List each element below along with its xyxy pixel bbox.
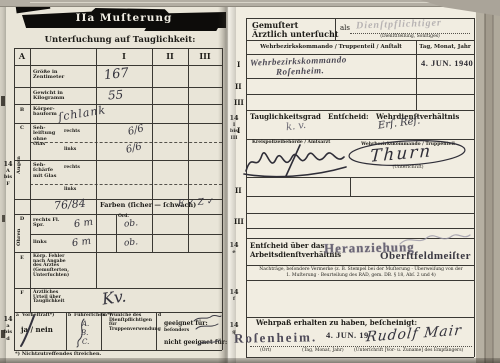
grid-line xyxy=(30,48,31,312)
nachtraege-note-line2: 1. Muſterung · Beurteilung des RAD, gem.… xyxy=(250,274,472,279)
s14-c-tag: c xyxy=(103,314,106,319)
right-page: Gemuſtert Ärztlich unterſucht als Dienſt… xyxy=(228,0,476,363)
s14-b-tag: b xyxy=(68,314,71,319)
page-edge-right xyxy=(476,0,500,363)
kommando-column-header: Wehrbezirkskommando / Truppenteil / Anſt… xyxy=(248,45,414,51)
row-numeral-i: I xyxy=(237,61,240,68)
bottom-edge-shadow xyxy=(0,358,500,363)
ort-sublabel: (Ort) xyxy=(260,349,271,354)
ohr-rechts-value: 6 m xyxy=(73,218,93,231)
unterschrift-label: (Unterſchrift) xyxy=(378,166,438,171)
grid-line xyxy=(246,228,474,229)
rechts-label: rechts xyxy=(64,166,90,171)
margin-letter: d xyxy=(2,336,14,342)
ink-blot xyxy=(144,25,219,31)
groesse-label: Größe in Zentimeter xyxy=(33,70,69,81)
groesse-value: 167 xyxy=(103,67,129,83)
s14-c-label: Wünſche des Dienſtpflichtigen für Truppe… xyxy=(109,314,153,333)
col-header-a: A xyxy=(14,52,30,60)
row-letter-f: F xyxy=(14,291,30,296)
signature-faint xyxy=(398,230,472,248)
s14-besonders-label: beſonders xyxy=(164,329,189,334)
entscheid-label: Entſcheid: xyxy=(328,113,369,120)
entscheid-row-numeral-i: I xyxy=(237,127,240,134)
grid-line xyxy=(152,48,153,252)
grid-line xyxy=(246,40,474,41)
s14-d-tag: d xyxy=(158,314,161,319)
urteil-label: Ärztliches Urteil über Tauglichkeit xyxy=(33,291,67,305)
grid-line xyxy=(14,48,15,350)
urteil-value: Kv. xyxy=(101,288,127,307)
margin-marker-14-A-F: 14 A bis F xyxy=(2,160,14,187)
links-label: links xyxy=(64,188,90,193)
grid-line xyxy=(14,104,222,105)
arbeitsdienst-label-line1: Entſcheid über das xyxy=(250,242,324,249)
grid-line xyxy=(14,160,222,161)
grid-line xyxy=(246,78,474,79)
ohr-rechts-label: rechts Fl. Spr. xyxy=(33,218,61,229)
handwritten-strike xyxy=(18,314,40,348)
koerperbau-value: ſchlank xyxy=(57,104,106,122)
sehleistung-links-value: 6/6 xyxy=(125,142,143,156)
grid-line xyxy=(416,40,417,110)
grid-line xyxy=(246,110,474,111)
grid-line xyxy=(66,312,67,350)
grid-line xyxy=(14,48,222,49)
dotted-baseline xyxy=(250,346,472,347)
grid-line xyxy=(246,196,474,197)
grid-line xyxy=(30,234,222,235)
ohr-links-ord: ob. xyxy=(124,238,139,248)
grid-line xyxy=(246,280,474,281)
tauglichkeitsgrad-value: k. v. xyxy=(285,121,306,133)
group-label-ohren: Ohren xyxy=(17,224,25,250)
grid-line xyxy=(246,213,474,214)
grid-line xyxy=(188,48,189,252)
grid-line xyxy=(116,214,117,252)
date-stamp-bottom: 4. JUN. 19 xyxy=(326,331,369,340)
empfaenger-sublabel: (Unterſchrift [Vor- u. Zuname] des Empfä… xyxy=(354,349,463,354)
grid-line xyxy=(96,48,97,288)
wehrpass-label: Wehrpaß erhalten zu haben, beſcheinigt: xyxy=(256,319,417,326)
page-heading: Unterſuchung auf Tauglichkeit: xyxy=(20,36,220,45)
signature-amtsarzt xyxy=(242,143,350,177)
col-header-ii: II xyxy=(152,52,188,60)
grid-line xyxy=(246,94,474,95)
grid-line xyxy=(14,252,222,253)
links-label: links xyxy=(64,148,90,153)
sehleistung-label: Seh- leiſtung ohne Glas xyxy=(33,126,59,147)
rosenheim-stamp: Roſenheim. xyxy=(276,66,325,77)
nachtraege-note-line1: Nachträge, beſondere Vermerke (z. B. Ste… xyxy=(250,268,472,273)
paper-stack-line xyxy=(30,2,460,3)
scanned-wehrstammblatt: IIa Muſterung Unterſuchung auf Tauglichk… xyxy=(0,0,500,363)
datum-sublabel: (Tag, Monat, Jahr) xyxy=(302,349,344,354)
farben-note: E ✓ Z ✓ xyxy=(178,198,215,210)
rechts-label: rechts xyxy=(64,130,90,135)
grid-line-dashed xyxy=(30,184,222,185)
binding-speck xyxy=(1,96,5,106)
left-page: IIa Muſterung Unterſuchung auf Tauglichk… xyxy=(6,0,228,363)
row-letter-b: B xyxy=(14,108,30,113)
tauglichkeitsgrad-label: Tauglichkeitsgrad xyxy=(250,113,321,120)
date-stamp: 4. JUN. 1940 xyxy=(421,59,473,68)
grid-line xyxy=(14,123,222,124)
margin-number: 14 xyxy=(2,160,14,168)
ort-stamp: Roſenheim. xyxy=(234,330,317,344)
grid-line xyxy=(246,265,474,266)
margin-number: 14 xyxy=(2,315,14,323)
wehrdienstverhaeltnis-value: Erſ. Reſ. xyxy=(378,116,421,131)
als-label: als xyxy=(340,25,350,32)
fehler-label: Körp. Fehler nach Angabe des Arztes (Gem… xyxy=(33,255,69,279)
page-fold xyxy=(218,0,236,363)
ohr-links-value: 6 m xyxy=(71,237,91,250)
grid-line xyxy=(350,177,351,196)
ohr-rechts-ord: ob. xyxy=(124,219,139,229)
margin-marker-14-a-d: 14 a bis d xyxy=(2,315,14,342)
grid-line xyxy=(474,18,475,357)
grid-line xyxy=(246,54,474,55)
grid-line xyxy=(246,18,247,357)
ohr-links-label: links xyxy=(33,240,61,245)
banner-title: IIa Muſterung xyxy=(76,12,173,24)
col-header-iii: III xyxy=(188,52,222,60)
row-letter-e: E xyxy=(14,256,30,261)
handwritten-strike xyxy=(74,318,88,348)
sehleistung-rechts-value: 6/6 xyxy=(127,124,145,138)
gewicht-label: Gewicht in Kilogramm xyxy=(33,91,69,102)
dienststellung-stamp: Dienſtpflichtiger xyxy=(356,19,442,32)
untersucht-label: Ärztlich unterſucht xyxy=(252,30,338,38)
sehschaerfe-label: Seh- ſchärfe mit Glas xyxy=(33,163,59,179)
farben-value: 76/84 xyxy=(54,198,87,212)
col-header-i: I xyxy=(96,52,152,60)
oberstfeldmeister-stamp: Oberſtfeldmeiſter xyxy=(380,251,471,262)
gewicht-value: 55 xyxy=(108,88,124,101)
margin-letter: F xyxy=(2,181,14,187)
binding-speck xyxy=(2,215,5,222)
row-letter-d: D xyxy=(14,217,30,222)
footnote: *) Nichtzutreffendes ſtreichen. xyxy=(15,352,101,357)
row-letter-c: C xyxy=(14,126,30,131)
datum-column-header: Tag, Monat, Jahr xyxy=(418,45,472,51)
group-label-augen: Augen xyxy=(17,136,25,194)
als-sublabel: (Dienſtſtellung, Sonſtiges) xyxy=(350,35,470,40)
